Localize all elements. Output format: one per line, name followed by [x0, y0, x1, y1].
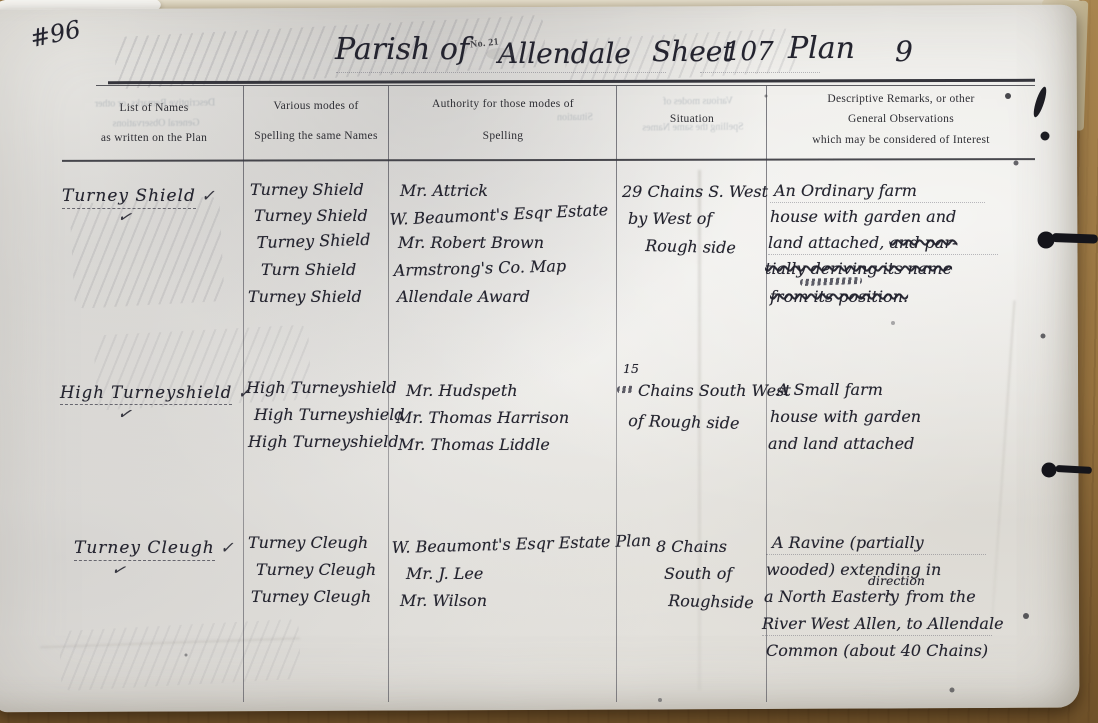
bleedthrough-text: Various modes of — [628, 95, 768, 107]
remarks-struck-line: tially deriving its name — [765, 259, 952, 278]
column-header-authority: Spelling — [392, 130, 614, 142]
authority: Mr. J. Lee — [406, 564, 483, 583]
spelling-variant: Turney Shield — [256, 230, 370, 252]
entry-name-text: High Turneyshield — [60, 383, 232, 405]
title-underline — [336, 72, 666, 73]
remarks-line: a North Easterly — [764, 587, 899, 606]
entry-name-text: Turney Shield — [62, 186, 196, 209]
title-sheet-label: Sheet — [652, 35, 734, 68]
authority: Mr. Thomas Harrison — [396, 408, 569, 427]
spelling-variant: Turney Shield — [254, 206, 368, 225]
spelling-variant: Turney Cleugh — [251, 587, 371, 606]
faint-guide-line — [768, 254, 998, 255]
authority: Mr. Attrick — [400, 181, 488, 200]
title-plan-number: 9 — [895, 35, 913, 68]
remarks-line: A Small farm — [777, 380, 883, 399]
spelling-variant: Turney Cleugh — [256, 560, 376, 579]
authority: Mr. Thomas Liddle — [398, 435, 550, 454]
inserted-word: direction — [868, 573, 925, 588]
spelling-variant: Turney Shield — [248, 287, 362, 306]
faint-guide-line — [770, 202, 985, 203]
situation-line: 29 Chains S. West — [622, 182, 768, 201]
pencil-hatching — [69, 196, 224, 309]
column-header-situation: Situation — [620, 113, 764, 125]
situation-line: 8 Chains — [656, 537, 727, 556]
remarks-line: An Ordinary farm — [774, 181, 917, 200]
column-header-spelling-modes: Spelling the same Names — [246, 130, 386, 142]
remarks-line: and land attached — [768, 434, 914, 453]
spelling-variant: High Turneyshield — [248, 432, 399, 451]
situation-inserted-number: 15 — [623, 361, 639, 376]
table-top-rule-thin — [96, 85, 1035, 86]
entry-name: Turney Cleugh ✓ — [74, 538, 234, 558]
authority: Mr. Hudspeth — [406, 381, 518, 400]
ink-scribble — [617, 386, 634, 394]
bleedthrough-text: General Observations — [86, 117, 226, 129]
faint-guide-line — [762, 635, 992, 636]
entry-name: High Turneyshield ✓ — [60, 383, 251, 402]
title-sheet-number: 107 — [724, 37, 774, 67]
spelling-variant: High Turneyshield — [246, 378, 397, 397]
spelling-variant: Turn Shield — [261, 260, 356, 279]
spelling-variant: High Turneyshield — [254, 405, 405, 424]
authority: Mr. Wilson — [400, 591, 487, 610]
column-header-names: List of Names — [65, 102, 243, 114]
insertion-caret: ^ — [884, 590, 894, 605]
spelling-variant: Turney Shield — [250, 180, 364, 199]
remarks-line: A Ravine (partially — [772, 533, 924, 552]
column-header-spelling-modes: Various modes of — [246, 100, 386, 112]
column-header-remarks: which may be considered of Interest — [770, 134, 1032, 146]
remarks-line: from the — [906, 587, 976, 606]
column-header-authority: Authority for those modes of — [392, 98, 614, 110]
remarks-struck-line: from its position. — [770, 287, 908, 306]
situation-line: Roughside — [668, 591, 754, 612]
remarks-line: house with garden — [770, 407, 921, 426]
faint-guide-line — [766, 554, 986, 555]
title-plan-label: Plan — [788, 31, 855, 66]
pencil-hatching — [59, 619, 302, 691]
situation-line: of Rough side — [628, 411, 740, 433]
bleedthrough-text: Situation — [540, 112, 610, 124]
column-header-remarks: General Observations — [770, 113, 1032, 125]
checkmark-icon: ✓ — [201, 186, 214, 205]
column-header-names: as written on the Plan — [65, 132, 243, 144]
remarks-struck-text: and par- — [889, 233, 957, 252]
situation-line: Rough side — [645, 236, 736, 257]
column-header-remarks: Descriptive Remarks, or other — [770, 93, 1032, 105]
entry-name-text: Turney Cleugh — [74, 538, 215, 561]
remarks-line: River West Allen, to Allendale — [762, 614, 1004, 633]
photograph-of-register-page: Descriptive Remarks, or other General Ob… — [0, 0, 1098, 723]
authority: Allendale Award — [397, 287, 530, 306]
authority: Mr. Robert Brown — [398, 233, 544, 252]
remarks-text: land attached, — [768, 233, 889, 252]
remarks-line: Common (about 40 Chains) — [766, 641, 988, 660]
title-parish-label: Parish of — [335, 32, 469, 67]
checkmark-icon: ✓ — [220, 538, 233, 557]
title-parish-name: Allendale — [498, 37, 631, 70]
situation-line: by West of — [628, 209, 712, 228]
situation-line: Chains South West — [638, 381, 791, 400]
spelling-variant: Turney Cleugh — [248, 533, 368, 552]
entry-name: Turney Shield ✓ — [62, 186, 215, 206]
title-underline — [700, 72, 820, 73]
remarks-line: house with garden and — [770, 207, 956, 226]
column-divider — [616, 86, 617, 702]
situation-line: South of — [664, 564, 732, 583]
remarks-line: land attached, and par- — [768, 233, 957, 252]
